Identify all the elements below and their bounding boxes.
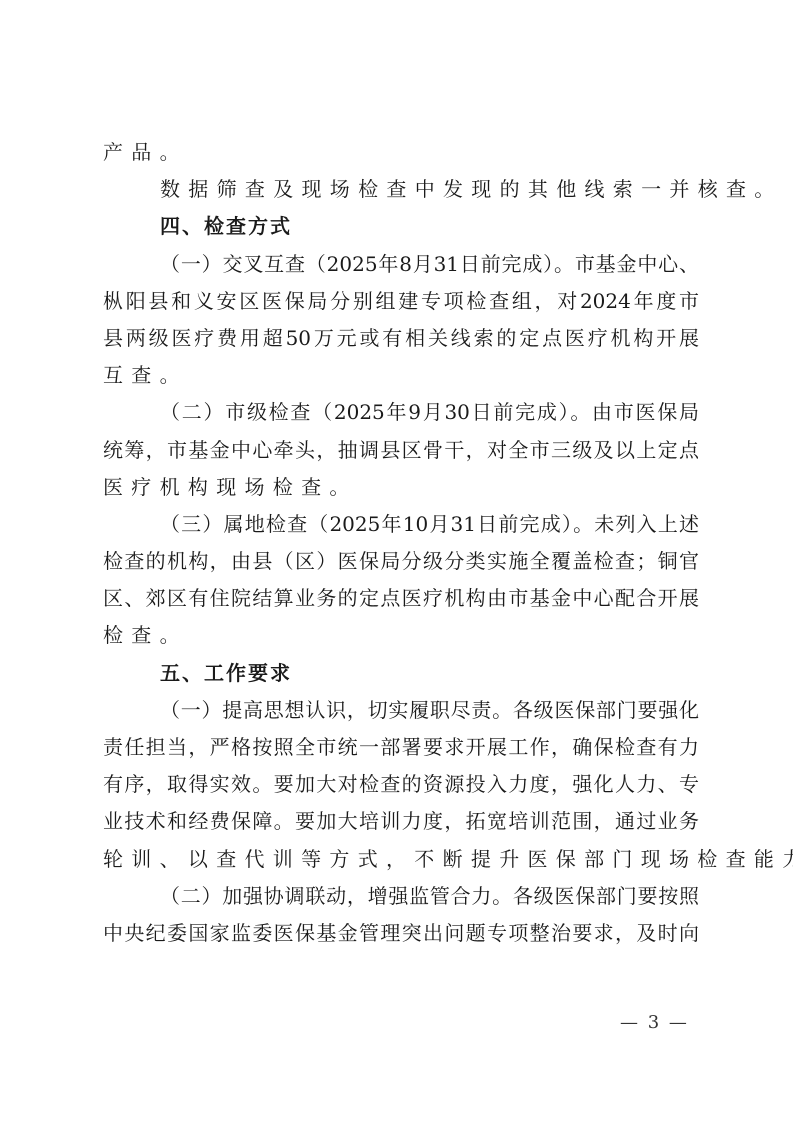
text-line: 检查。 — [103, 617, 699, 654]
section-heading: 四、检查方式 — [103, 208, 699, 245]
section-heading: 五、工作要求 — [103, 655, 699, 692]
text-line: 中央纪委国家监委医保基金管理突出问题专项整治要求，及时向 — [103, 915, 699, 952]
text-line: 数据筛查及现场检查中发现的其他线索一并核查。 — [103, 171, 699, 208]
text-line: （二）加强协调联动，增强监管合力。各级医保部门要按照 — [103, 878, 699, 915]
text-line: 检查的机构，由县（区）医保局分级分类实施全覆盖检查；铜官 — [103, 543, 699, 580]
text-line: （二）市级检查（2025年9月30日前完成）。由市医保局 — [103, 394, 699, 431]
text-line: 区、郊区有住院结算业务的定点医疗机构由市基金中心配合开展 — [103, 580, 699, 617]
text-line: 统筹，市基金中心牵头，抽调县区骨干，对全市三级及以上定点 — [103, 432, 699, 469]
text-line: （一）交叉互查（2025年8月31日前完成）。市基金中心、 — [103, 246, 699, 283]
text-line: 轮训、以查代训等方式，不断提升医保部门现场检查能力。 — [103, 841, 699, 878]
page-number: — 3 — — [620, 1012, 689, 1033]
text-line: 医疗机构现场检查。 — [103, 469, 699, 506]
text-line: 县两级医疗费用超50万元或有相关线索的定点医疗机构开展 — [103, 320, 699, 357]
text-line: 责任担当，严格按照全市统一部署要求开展工作，确保检查有力 — [103, 729, 699, 766]
text-line: 产品。 — [103, 134, 699, 171]
text-line: 有序，取得实效。要加大对检查的资源投入力度，强化人力、专 — [103, 766, 699, 803]
document-body: 产品。 数据筛查及现场检查中发现的其他线索一并核查。 四、检查方式 （一）交叉互… — [103, 134, 699, 952]
text-line: （三）属地检查（2025年10月31日前完成）。未列入上述 — [103, 506, 699, 543]
text-line: 枞阳县和义安区医保局分别组建专项检查组，对2024年度市 — [103, 283, 699, 320]
text-line: 互查。 — [103, 357, 699, 394]
text-line: （一）提高思想认识，切实履职尽责。各级医保部门要强化 — [103, 692, 699, 729]
text-line: 业技术和经费保障。要加大培训力度，拓宽培训范围，通过业务 — [103, 803, 699, 840]
